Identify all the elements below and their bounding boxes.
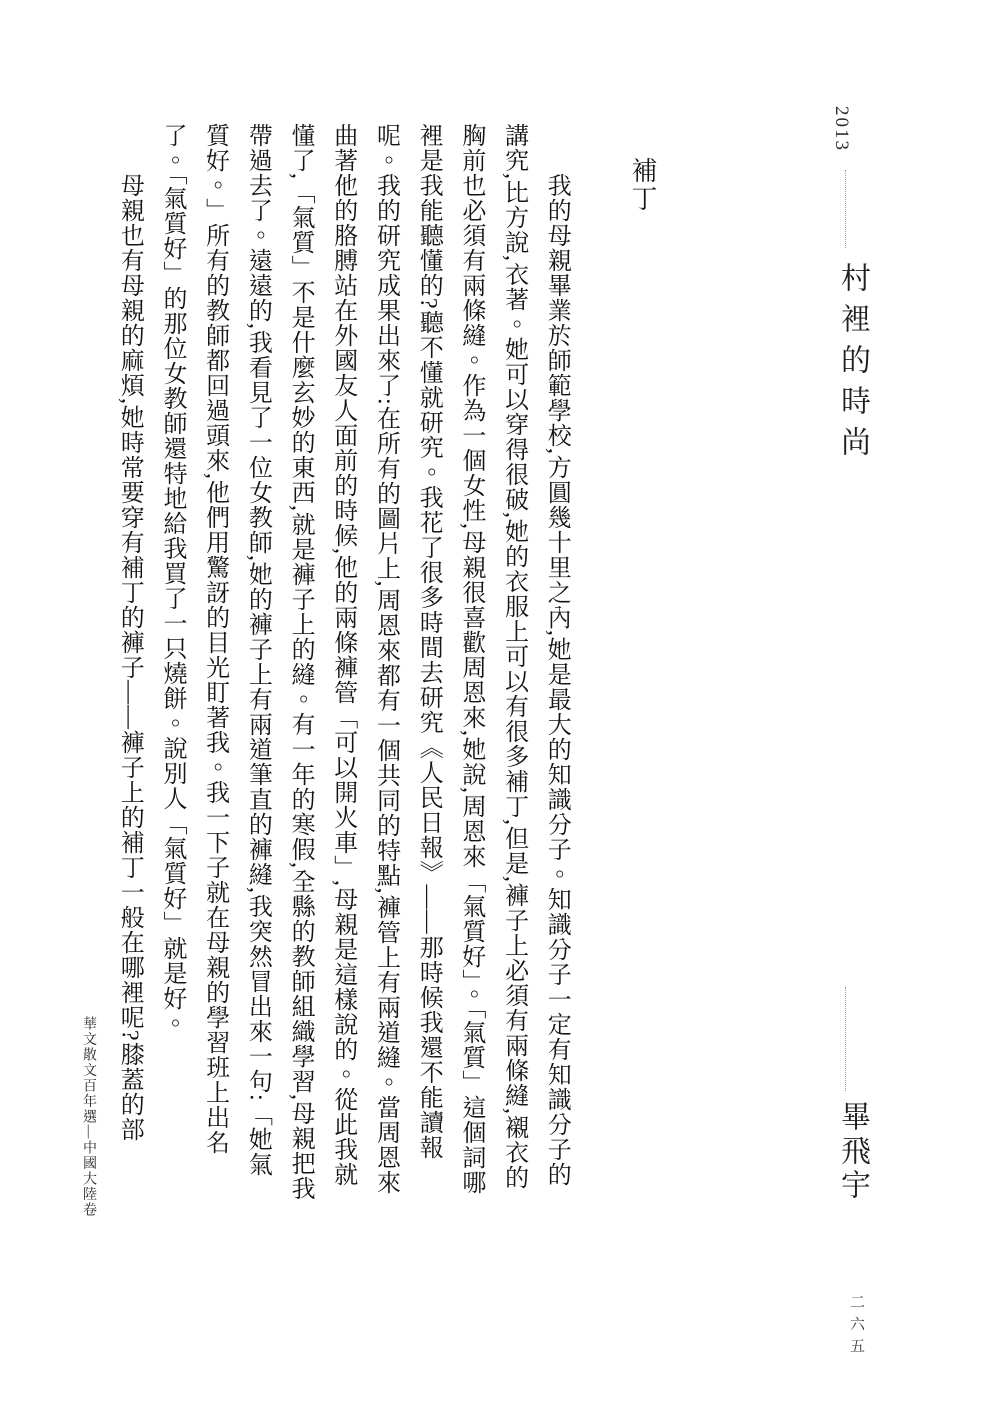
divider-dashed-bottom xyxy=(845,987,846,1091)
book-title: 村裡的時尚 xyxy=(830,262,874,467)
author-name: 畢飛宇 xyxy=(830,1101,874,1203)
book-page: 2013 村裡的時尚 畢飛宇 補丁 我的母親畢業於師範學校,方圓幾十里之內,她是… xyxy=(0,0,1000,1419)
divider-dashed-top xyxy=(845,170,846,248)
year-label: 2013 xyxy=(830,106,852,152)
series-title: 華文散文百年選—中國大陸卷 xyxy=(78,1016,98,1218)
chapter-title: 補丁 xyxy=(620,123,663,1201)
essay-paragraph-2: 母親也有母親的麻煩,她時常要穿有補丁的褲子——褲子上的補丁一般在哪裡呢?膝蓋的部 xyxy=(108,123,151,1201)
essay-body: 補丁 我的母親畢業於師範學校,方圓幾十里之內,她是最大的知識分子。知識分子一定有… xyxy=(106,123,706,1201)
essay-paragraph-1: 我的母親畢業於師範學校,方圓幾十里之內,她是最大的知識分子。知識分子一定有知識分… xyxy=(150,123,577,1201)
page-number: 二六五 xyxy=(846,1294,867,1360)
